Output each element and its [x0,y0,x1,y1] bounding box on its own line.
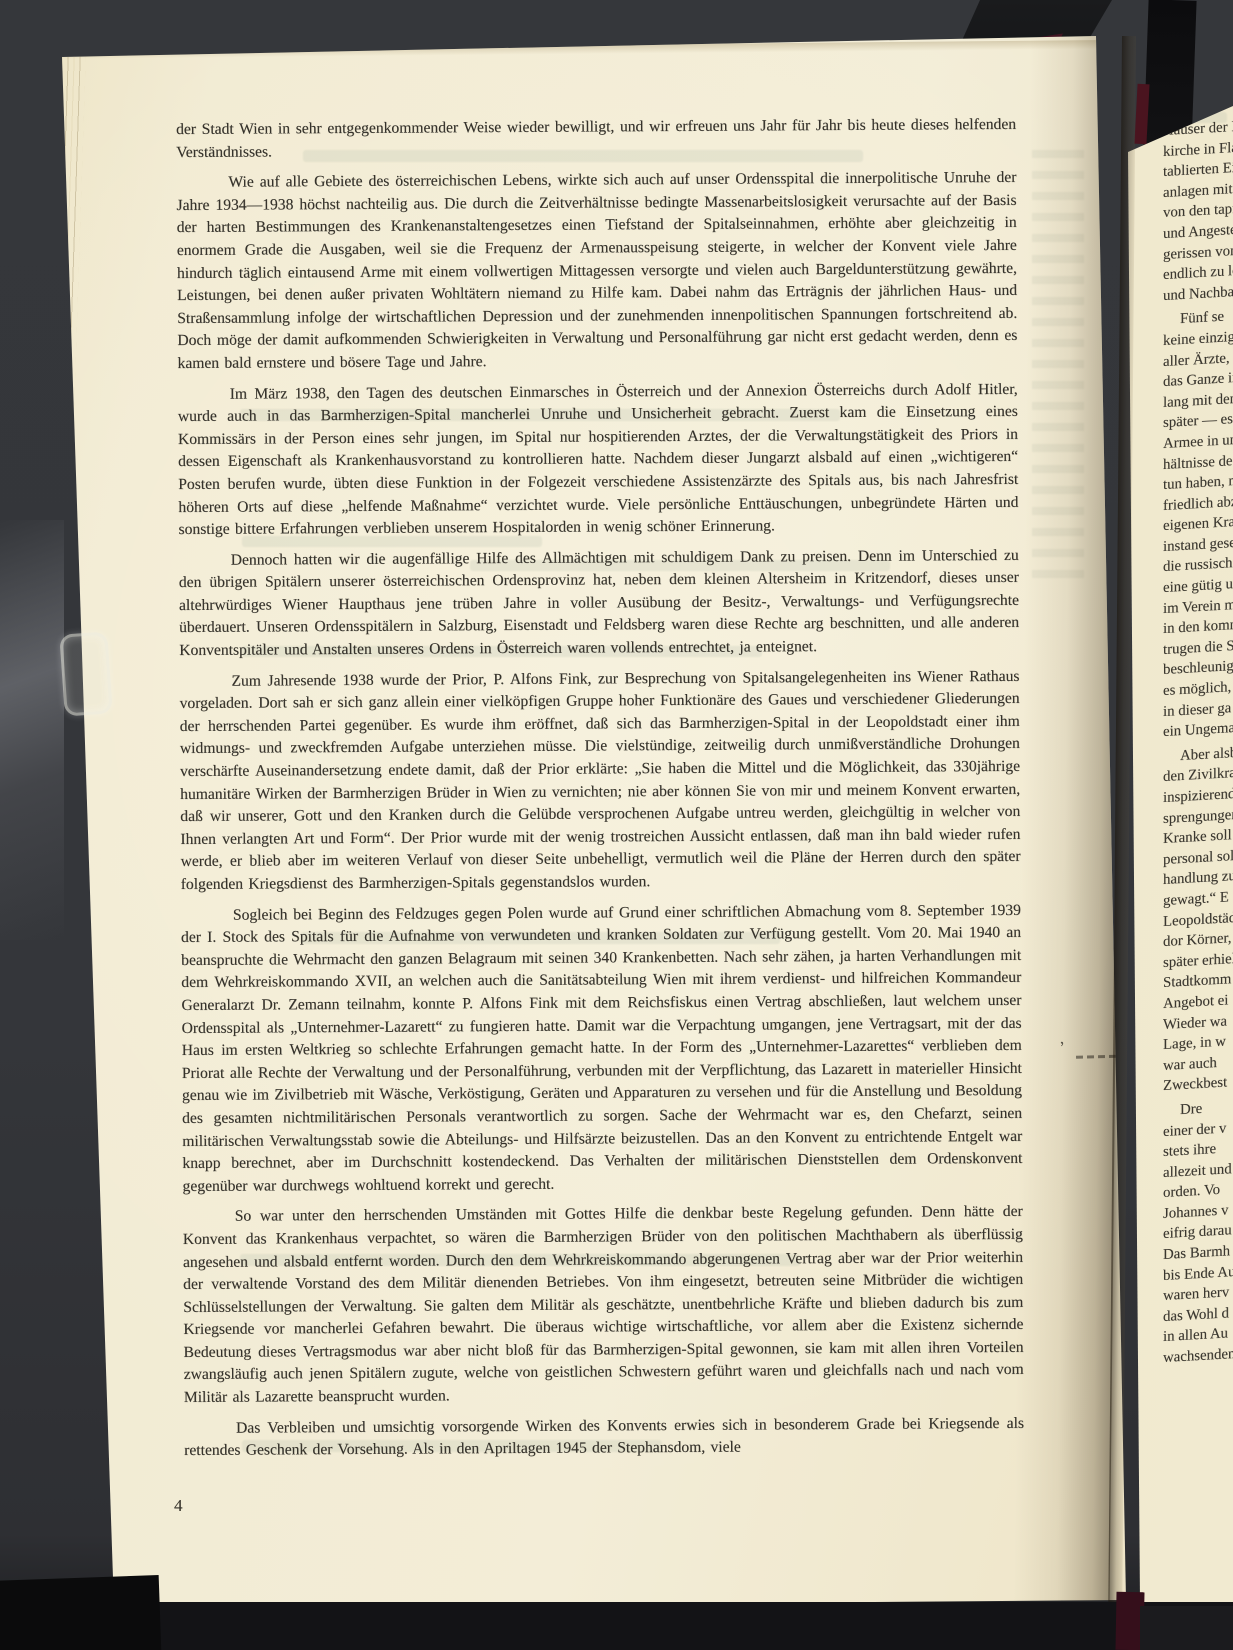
backdrop-bottom-left [0,1575,161,1650]
gutter-shadow [1014,29,1126,1604]
paragraph: Wie auf alle Gebiete des österreichische… [176,167,1017,375]
plastic-clip [59,631,113,716]
gutter-fold-crease [1108,36,1136,1606]
paragraph: So war unter den herrschenden Umständen … [183,1201,1024,1409]
cutoff-text-line: Fünf se [1163,301,1233,331]
paragraph: Im März 1938, den Tagen des deutschen Ei… [178,378,1019,541]
paragraph: Sogleich bei Beginn des Feldzuges gegen … [181,899,1023,1198]
paragraph: Das Verbleiben und umsichtig vorsorgende… [184,1413,1024,1463]
paragraph: Zum Jahresende 1938 wurde der Prior, P. … [179,666,1020,897]
backdrop-light-wedge [0,520,64,940]
left-page: der Stadt Wien in sehr entgegenkommender… [0,0,1233,1650]
book-photo: der Stadt Wien in sehr entgegenkommender… [0,0,1233,1650]
right-page-text: Häuser der Inkirche in Flantablierten Ei… [1163,112,1233,1369]
text-block: der Stadt Wien in sehr entgegenkommender… [176,114,1024,1463]
paragraph: Dennoch hatten wir die augenfällige Hilf… [179,545,1020,663]
page-top-edge-shadow [62,40,1096,59]
page-number: 4 [174,1496,183,1516]
paragraph: der Stadt Wien in sehr entgegenkommender… [176,114,1016,164]
backdrop-bottom [0,1602,1233,1650]
backdrop-bottom-right [1140,1606,1233,1650]
cutoff-text-line: Aber alsb [1163,738,1233,768]
cutoff-text-line: Dre [1163,1092,1233,1122]
